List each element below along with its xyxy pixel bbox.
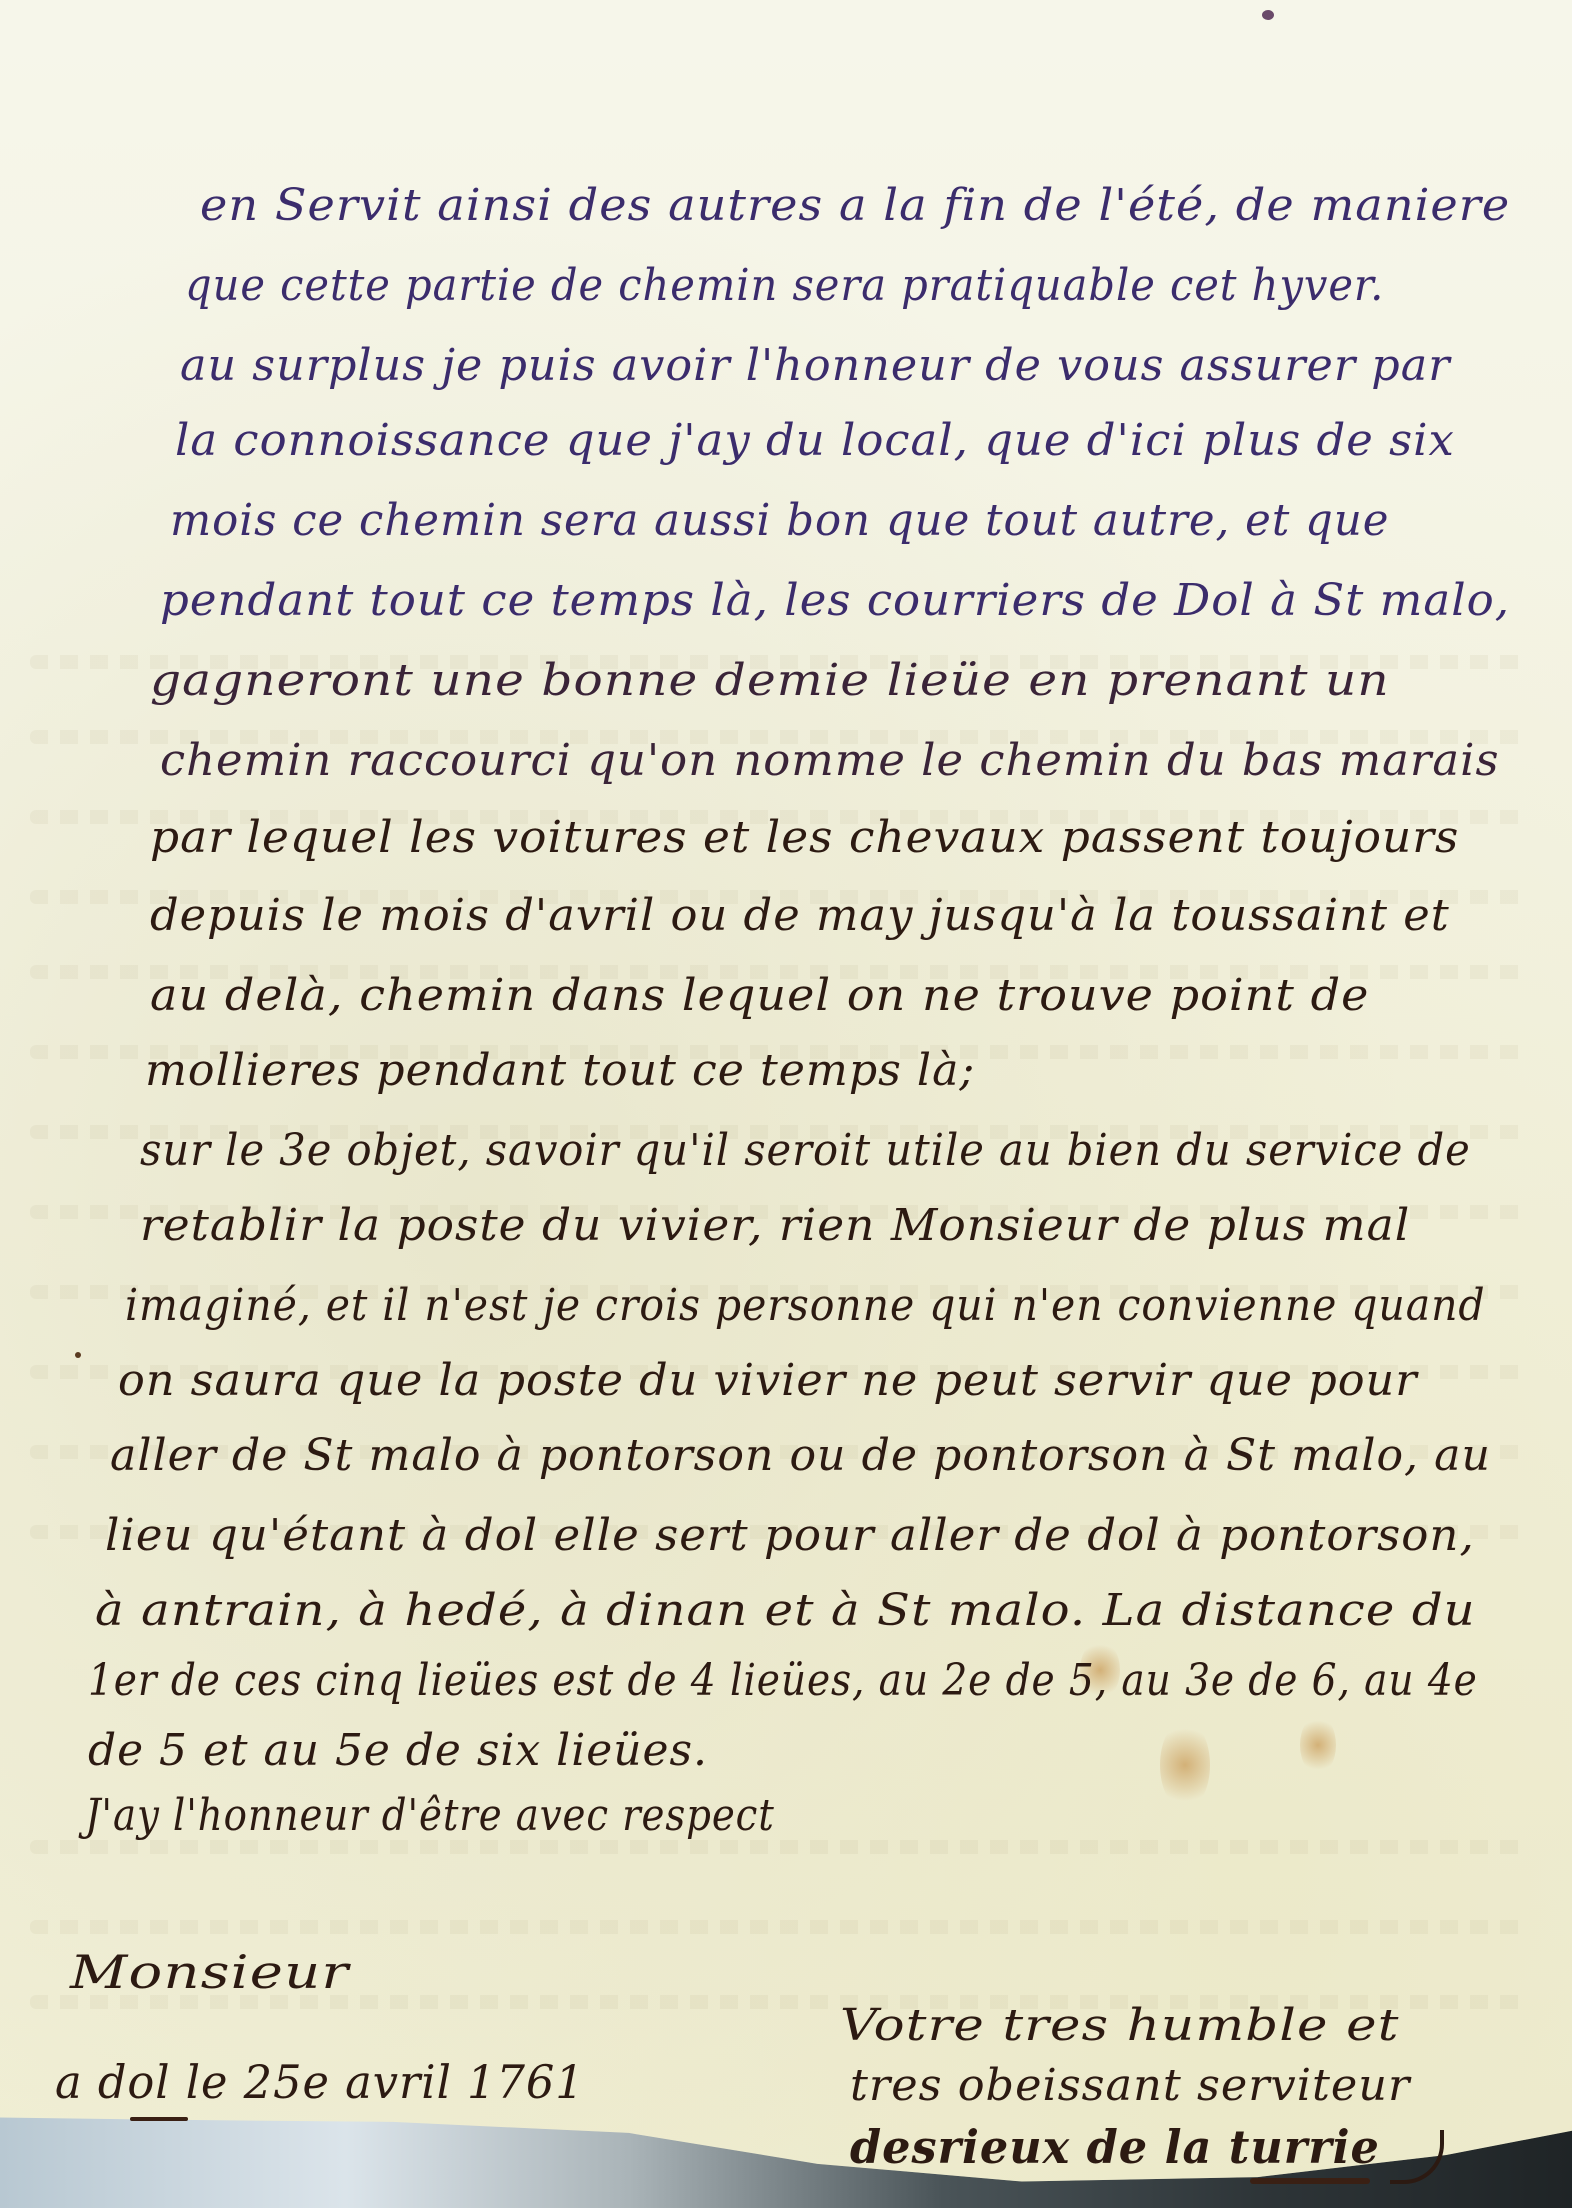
letter-text: en Servit ainsi des autres a la fin de l…: [0, 0, 1572, 2208]
body-line-15: imaginé, et il n'est je crois personne q…: [125, 1280, 1486, 1331]
salutation: Monsieur: [70, 1945, 349, 1999]
body-line-11: au delà, chemin dans lequel on ne trouve…: [150, 970, 1369, 1021]
body-line-9: par lequel les voitures et les chevaux p…: [150, 812, 1459, 863]
body-line-22: J'ay l'honneur d'être avec respect: [85, 1790, 775, 1841]
body-line-7: gagneront une bonne demie lieüe en prena…: [150, 655, 1390, 706]
body-line-21: de 5 et au 5e de six lieües.: [88, 1725, 708, 1776]
body-line-16: on saura que la poste du vivier ne peut …: [118, 1355, 1418, 1406]
body-line-17: aller de St malo à pontorson ou de ponto…: [110, 1430, 1491, 1481]
body-line-19: à antrain, à hedé, à dinan et à St malo.…: [95, 1585, 1476, 1636]
body-line-1: en Servit ainsi des autres a la fin de l…: [200, 180, 1510, 231]
body-line-4: la connoissance que j'ay du local, que d…: [175, 415, 1455, 466]
body-line-2: que cette partie de chemin sera pratiqua…: [185, 260, 1384, 311]
closing-line-2: tres obeissant serviteur: [850, 2060, 1410, 2111]
body-line-12: mollieres pendant tout ce temps là;: [145, 1045, 975, 1096]
signature-flourish: [1250, 2178, 1370, 2184]
date-underline: [130, 2117, 188, 2121]
body-line-6: pendant tout ce temps là, les courriers …: [160, 575, 1510, 626]
place-date: a dol le 25e avril 1761: [55, 2055, 585, 2109]
body-line-14: retablir la poste du vivier, rien Monsie…: [140, 1200, 1410, 1251]
body-line-10: depuis le mois d'avril ou de may jusqu'à…: [150, 890, 1450, 941]
body-line-3: au surplus je puis avoir l'honneur de vo…: [180, 340, 1450, 391]
body-line-20: 1er de ces cinq lieües est de 4 lieües, …: [88, 1655, 1478, 1706]
body-line-18: lieu qu'étant à dol elle sert pour aller…: [105, 1510, 1475, 1561]
body-line-8: chemin raccourci qu'on nomme le chemin d…: [160, 735, 1500, 786]
body-line-5: mois ce chemin sera aussi bon que tout a…: [170, 495, 1390, 546]
body-line-13: sur le 3e objet, savoir qu'il seroit uti…: [140, 1125, 1471, 1176]
signature-paraph: [1390, 2130, 1444, 2184]
signature: desrieux de la turrie: [850, 2120, 1380, 2174]
closing-line-1: Votre tres humble et: [840, 2000, 1400, 2051]
